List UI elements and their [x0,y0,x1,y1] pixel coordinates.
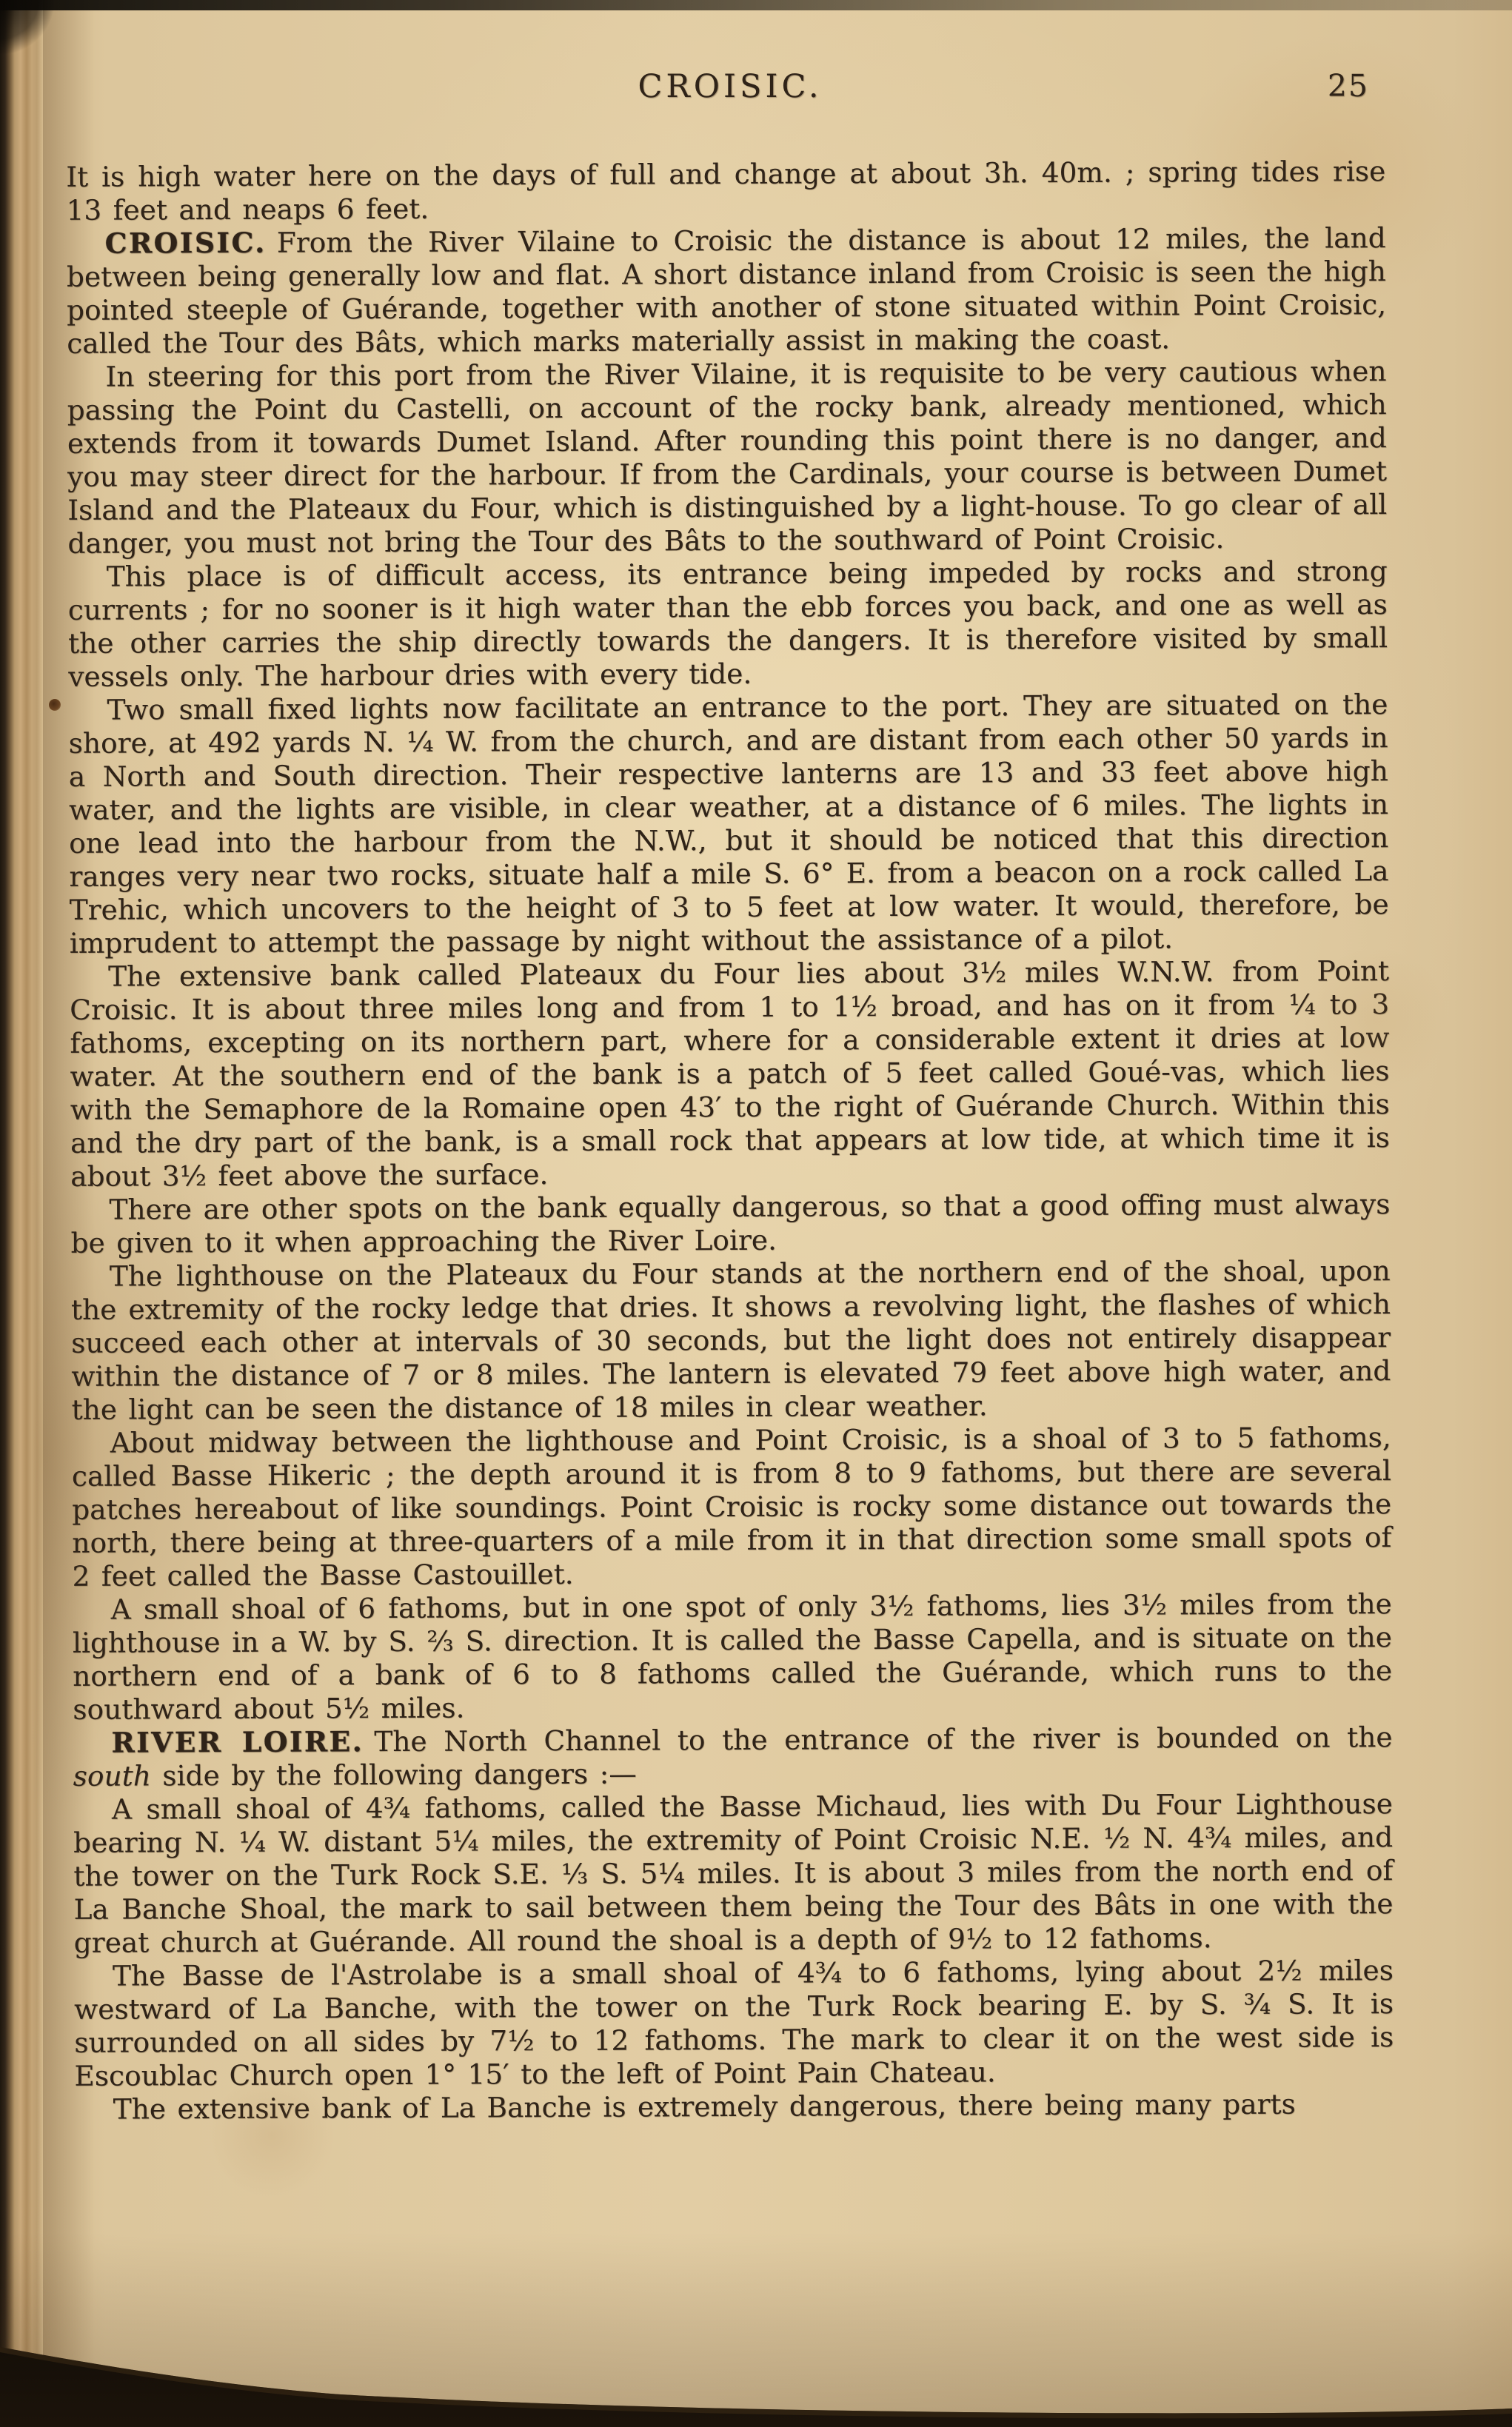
paragraph-lead: RIVER LOIRE. [111,1725,364,1758]
text-run: A small shoal of 6 fathoms, but in one s… [73,1587,1392,1726]
paragraph: The extensive bank called Plateaux du Fo… [70,954,1390,1194]
margin-ink-blot [49,699,61,711]
paragraph: The Basse de l'Astrolabe is a small shoa… [74,1954,1394,2093]
top-left-corner-shadow [0,0,67,74]
text-run: The extensive bank called Plateaux du Fo… [70,954,1390,1193]
running-head: CROISIC. [70,68,1390,105]
paragraph: The extensive bank of La Banche is extre… [75,2087,1394,2126]
text-run: side by the following dangers :— [151,1758,637,1792]
text-run: About midway between the lighthouse and … [72,1421,1392,1593]
paragraph: Two small fixed lights now facilitate an… [68,688,1389,960]
text-run: The North Channel to the entrance of the… [374,1721,1392,1758]
bottom-page-shadow [0,2331,1512,2427]
paragraph: It is high water here on the days of ful… [66,155,1385,227]
text-run: The extensive bank of La Banche is extre… [113,2088,1296,2126]
paragraph: A small shoal of 6 fathoms, but in one s… [73,1587,1393,1727]
page-text: It is high water here on the days of ful… [66,155,1394,2126]
paragraph: This place is of difficult access, its e… [68,555,1388,694]
text-run: This place is of difficult access, its e… [68,555,1388,693]
text-run: The lighthouse on the Plateaux du Four s… [71,1254,1391,1426]
book-page: CROISIC. 25 It is high water here on the… [0,0,1512,2427]
paragraph: The lighthouse on the Plateaux du Four s… [71,1254,1391,1427]
text-run: Two small fixed lights now facilitate an… [69,688,1389,960]
text-run: It is high water here on the days of ful… [66,155,1385,227]
text-run: A small shoal of 4¾ fathoms, called the … [73,1787,1394,1959]
paragraph: RIVER LOIRE.The North Channel to the ent… [73,1721,1392,1793]
paragraph: A small shoal of 4¾ fathoms, called the … [73,1787,1394,1960]
text-run: The Basse de l'Astrolabe is a small shoa… [74,1954,1394,2092]
paragraph: CROISIC.From the River Vilaine to Croisi… [67,221,1387,361]
text-run: There are other spots on the bank equall… [70,1188,1390,1259]
paragraph-lead: CROISIC. [105,227,267,260]
paragraph: About midway between the lighthouse and … [72,1421,1392,1593]
paragraph: There are other spots on the bank equall… [70,1188,1390,1260]
paragraph: In steering for this port from the River… [67,355,1387,560]
page-header: CROISIC. 25 [70,68,1390,113]
page-number: 25 [1328,68,1369,104]
book-spine-edge [0,0,43,2427]
text-run: In steering for this port from the River… [67,355,1388,560]
top-edge-shadow [0,0,1512,10]
text-run: south [73,1759,151,1792]
